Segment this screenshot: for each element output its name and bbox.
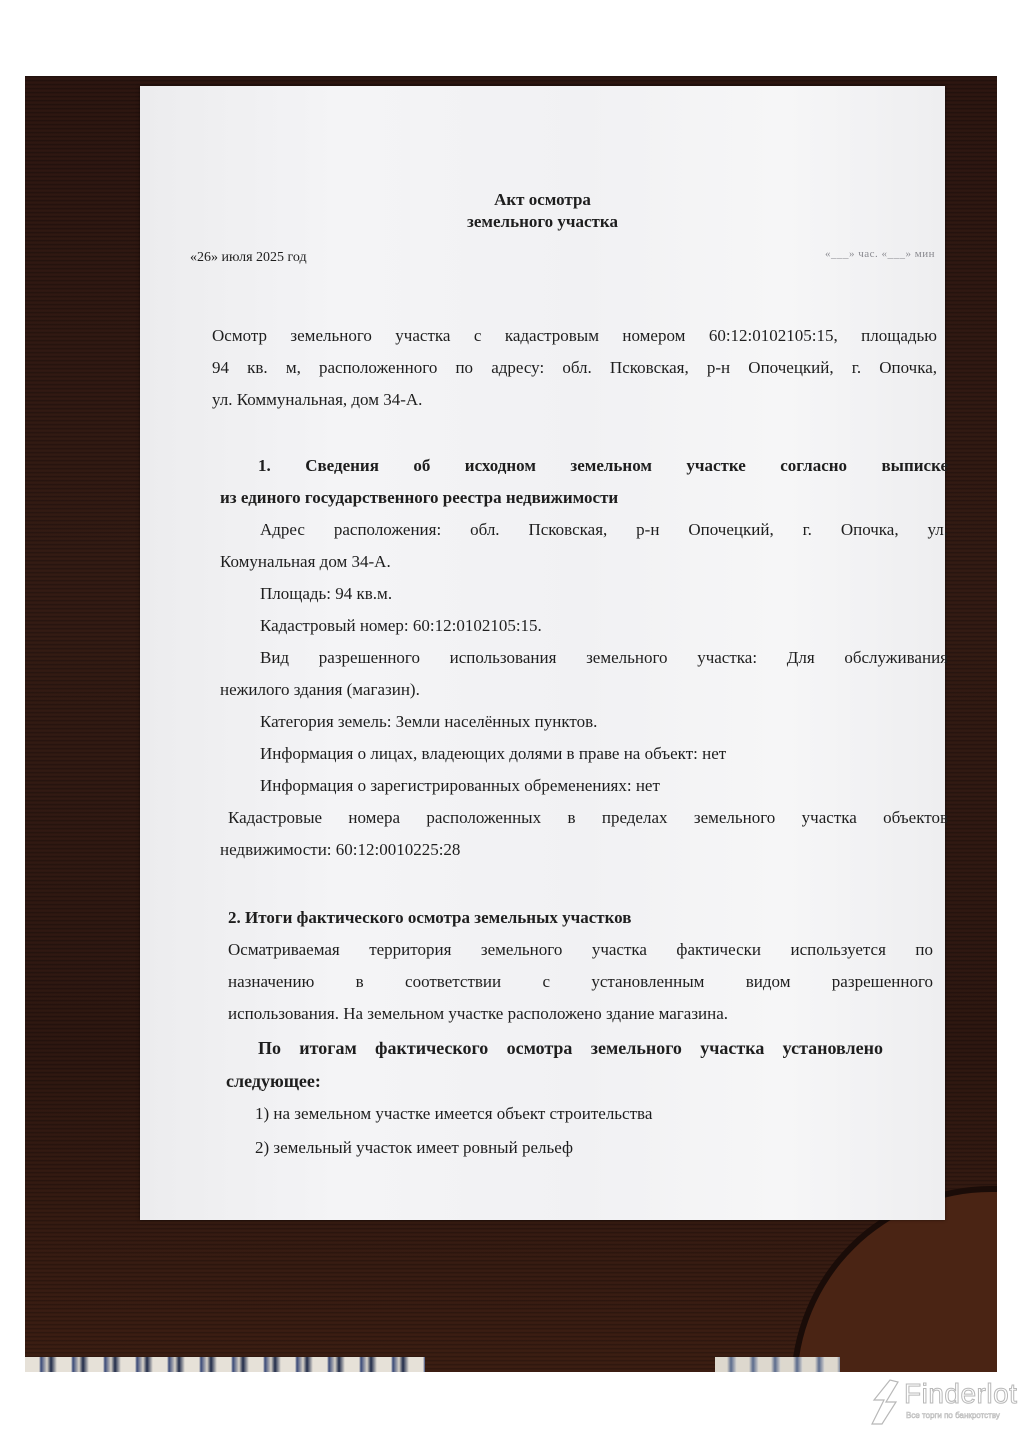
address-line-1: Адрес расположения: обл. Псковская, р-н … — [260, 520, 948, 540]
finding-item-2: 2) земельный участок имеет ровный рельеф — [255, 1138, 573, 1158]
document-subtitle: земельного участка — [140, 212, 945, 232]
fabric-strip — [25, 1357, 425, 1372]
fabric-strip-right — [715, 1357, 840, 1372]
objects-line-2: недвижимости: 60:12:0010225:28 — [220, 840, 460, 860]
intro-line-2: 94 кв. м, расположенного по адресу: обл.… — [212, 358, 937, 378]
intro-line-3: ул. Коммунальная, дом 34-А. — [212, 390, 422, 410]
encumbrances-field: Информация о зарегистрированных обремене… — [260, 776, 660, 796]
area-field: Площадь: 94 кв.м. — [260, 584, 392, 604]
section1-heading-cont: из единого государственного реестра недв… — [220, 488, 618, 508]
section2-para-line-2: назначению в соответствии с установленны… — [228, 972, 933, 992]
section2-para-line-1: Осматриваемая территория земельного учас… — [228, 940, 933, 960]
section1-heading: 1. Сведения об исходном земельном участк… — [258, 456, 948, 476]
intro-line-1: Осмотр земельного участка с кадастровым … — [212, 326, 937, 346]
section2-para-line-3: использования. На земельном участке расп… — [228, 1004, 728, 1024]
shareholders-field: Информация о лицах, владеющих долями в п… — [260, 744, 726, 764]
cadastral-number-field: Кадастровый номер: 60:12:0102105:15. — [260, 616, 542, 636]
document-title: Акт осмотра — [140, 190, 945, 210]
permitted-use-line-2: нежилого здания (магазин). — [220, 680, 420, 700]
watermark-tagline: Все торги по банкротству — [906, 1411, 1000, 1420]
address-line-2: Комунальная дом 34-А. — [220, 552, 391, 572]
document-date: «26» июля 2025 год — [190, 250, 307, 266]
document-time-field: «___» час. «___» мин — [825, 248, 935, 260]
paper-sheet: Акт осмотра земельного участка «26» июля… — [140, 86, 945, 1220]
conclusion-line-2: следующее: — [226, 1071, 321, 1092]
watermark: Finderlot Все торги по банкротству — [868, 1378, 1018, 1438]
watermark-name: Finderlot — [904, 1378, 1017, 1410]
land-category-field: Категория земель: Земли населённых пункт… — [260, 712, 597, 732]
conclusion-line-1: По итогам фактического осмотра земельног… — [258, 1038, 883, 1059]
objects-line-1: Кадастровые номера расположенных в преде… — [228, 808, 948, 828]
section2-heading: 2. Итоги фактического осмотра земельных … — [228, 908, 631, 928]
permitted-use-line-1: Вид разрешенного использования земельног… — [260, 648, 948, 668]
finderlot-logo-icon — [868, 1378, 902, 1428]
finding-item-1: 1) на земельном участке имеется объект с… — [255, 1104, 652, 1124]
